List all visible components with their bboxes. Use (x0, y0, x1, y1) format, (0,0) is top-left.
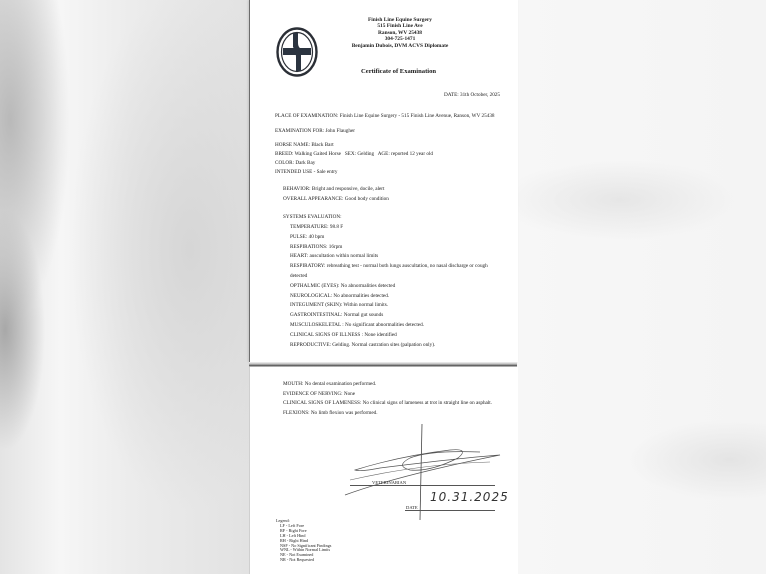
field-value: Finish Line Equine Surgery - 515 Finish … (340, 113, 495, 119)
system-row: HEART: auscultation within normal limits (290, 253, 378, 259)
field-label: OPTHALMIC (EYES): (290, 283, 339, 289)
exam-date: DATE: 31th October, 2025 (444, 92, 500, 98)
field-label: GASTROINTESTINAL: (290, 312, 342, 318)
field-value: Good body condition (345, 196, 389, 202)
field-label: FLEXIONS: (283, 410, 310, 416)
field-label: NEUROLOGICAL: (290, 293, 332, 299)
field-label: OVERALL APPEARANCE: (283, 196, 343, 202)
field-value: John Flaugher (325, 128, 355, 134)
legend-entries: LF - Left ForeRF - Right ForeLH - Left H… (276, 524, 331, 563)
field-value: Sale entry (317, 169, 338, 175)
field-label: EVIDENCE OF NERVING: (283, 391, 343, 397)
field-value: None (344, 391, 355, 397)
field-label: INTEGUMENT (SKIN): (290, 302, 342, 308)
field-label: AGE: (378, 151, 390, 157)
systems-heading: SYSTEMS EVALUATION: (283, 214, 342, 220)
field-value: Gelding (357, 151, 374, 157)
system-row: CLINICAL SIGNS OF ILLNESS : None identif… (290, 332, 397, 338)
field-label: CLINICAL SIGNS OF ILLNESS : (290, 332, 363, 338)
field-value: No limb flexion was performed. (311, 410, 378, 416)
intended-use: INTENDED USE - Sale entry (275, 169, 338, 175)
system-row: OPTHALMIC (EYES): No abnormalities detec… (290, 283, 395, 289)
system-row: RESPIRATORY: rebreathing test - normal b… (290, 263, 488, 269)
legend-entry: NR - Not Requested (280, 558, 331, 563)
field-label: REPRODUCTIVE: (290, 342, 331, 348)
system-row-continuation: detected (290, 273, 307, 279)
field-value: No abnormalities detected. (333, 293, 389, 299)
legend: Legend: LF - Left ForeRF - Right ForeLH … (276, 519, 331, 563)
field-value: No dental examination performed. (305, 381, 376, 387)
date-signature-line (405, 510, 495, 511)
certificate-title: Certificate of Examination (361, 68, 436, 75)
behavior: BEHAVIOR: Bright and responsive, docile,… (283, 186, 384, 192)
field-label: HEART: (290, 253, 308, 259)
system-row: INTEGUMENT (SKIN): Within normal limits. (290, 302, 388, 308)
field-value: Walking Gaited Horse (295, 151, 341, 157)
horse-color: COLOR: Dark Bay (275, 160, 315, 166)
letterhead: Finish Line Equine Surgery 515 Finish Li… (330, 17, 470, 49)
veterinarian-label: VETERINARIAN (372, 480, 406, 485)
system-row: PULSE: 40 bpm (290, 234, 324, 240)
field-label: EXAMINATION FOR: (275, 128, 324, 134)
field-label: COLOR: (275, 160, 294, 166)
date-label: DATE (406, 505, 418, 510)
handwritten-date: 10.31.2025 (430, 490, 509, 504)
equine-cross-logo-icon (276, 27, 318, 77)
field-label: BREED: (275, 151, 293, 157)
veterinarian-signature-line (350, 485, 495, 486)
system-row: MUSCULOSKELETAL : No significant abnorma… (290, 322, 424, 328)
field-value: Normal gut sounds (344, 312, 383, 318)
field-value: Bright and responsive, docile, alert (312, 186, 385, 192)
system-row: REPRODUCTIVE: Gelding. Normal castration… (290, 342, 435, 348)
system-row: GASTROINTESTINAL: Normal gut sounds (290, 312, 383, 318)
horse-name: HORSE NAME: Black Bart (275, 142, 334, 148)
field-value: No abnormalities detected (341, 283, 395, 289)
field-label: HORSE NAME: (275, 142, 310, 148)
field-value: 16rpm (329, 244, 343, 250)
field-label: CLINICAL SIGNS OF LAMENESS: (283, 400, 361, 406)
field-value: Gelding. Normal castration sites (palpat… (332, 342, 435, 348)
field-value: None identified (364, 332, 396, 338)
field-value: auscultation within normal limits (309, 253, 378, 259)
finding-row: CLINICAL SIGNS OF LAMENESS: No clinical … (283, 400, 492, 406)
veterinarian-signature (340, 420, 520, 520)
system-row: RESPIRATIONS: 16rpm (290, 244, 342, 250)
finding-row: EVIDENCE OF NERVING: None (283, 391, 355, 397)
field-label: MUSCULOSKELETAL : (290, 322, 344, 328)
field-value: 40 bpm (309, 234, 325, 240)
overall-appearance: OVERALL APPEARANCE: Good body condition (283, 196, 389, 202)
system-row: TEMPERATURE: 98.8 F (290, 224, 343, 230)
field-value: Black Bart (311, 142, 333, 148)
field-label: TEMPERATURE: (290, 224, 329, 230)
field-value: No significant abnormalities detected. (345, 322, 424, 328)
system-row: NEUROLOGICAL: No abnormalities detected. (290, 293, 389, 299)
examination-for: EXAMINATION FOR: John Flaugher (275, 128, 355, 134)
field-label: INTENDED USE - (275, 169, 315, 175)
horse-breed-sex-age: BREED: Walking Gaited Horse SEX: Gelding… (275, 151, 433, 157)
field-value: Dark Bay (295, 160, 315, 166)
doctor-name: Benjamin Dubois, DVM ACVS Diplomate (330, 43, 470, 49)
finding-row: MOUTH: No dental examination performed. (283, 381, 376, 387)
place-of-examination: PLACE OF EXAMINATION: Finish Line Equine… (275, 113, 495, 119)
field-label: BEHAVIOR: (283, 186, 311, 192)
field-label: RESPIRATORY: (290, 263, 325, 269)
field-value: Within normal limits. (343, 302, 388, 308)
field-label: RESPIRATIONS: (290, 244, 327, 250)
field-value: 98.8 F (330, 224, 343, 230)
field-value: reported 12 year old (391, 151, 433, 157)
finding-row: FLEXIONS: No limb flexion was performed. (283, 410, 378, 416)
field-label: SEX: (345, 151, 356, 157)
field-label: MOUTH: (283, 381, 303, 387)
field-label: PULSE: (290, 234, 307, 240)
field-value: No clinical signs of lameness at trot in… (363, 400, 492, 406)
field-value: rebreathing test - normal both lungs aus… (327, 263, 488, 269)
field-label: PLACE OF EXAMINATION: (275, 113, 338, 119)
